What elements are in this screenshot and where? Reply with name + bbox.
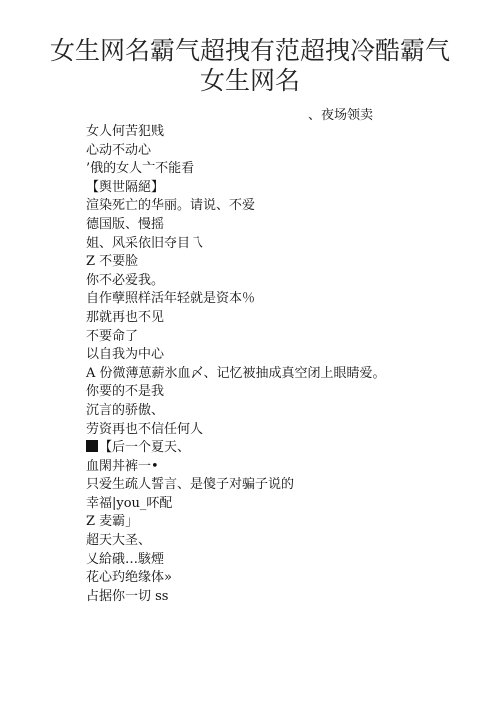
- list-item-text: 【后一个夏天、: [99, 440, 190, 455]
- list-item: 自作孽照样活年轻就是资本％: [86, 290, 386, 309]
- list-item: 那就再也不见: [86, 309, 386, 328]
- list-item: 幸福|you_吥配: [86, 495, 386, 514]
- list-item: 你要的不是我: [86, 383, 386, 402]
- list-item: ’俄的女人亠不能看: [86, 160, 386, 179]
- list-item: 乂給硪…駭煙: [86, 551, 386, 570]
- list-item: 沉言的骄傲、: [86, 402, 386, 421]
- list-item: 【后一个夏天、: [86, 439, 386, 458]
- list-item: 劳资再也不信任何人: [86, 421, 386, 440]
- list-item: 不要命了: [86, 328, 386, 347]
- list-item: 你不必爱我。: [86, 272, 386, 291]
- list-item: 占据你一切 ss: [86, 588, 386, 607]
- list-item: 德国版、慢摇: [86, 216, 386, 235]
- name-list: 女人何苦犯贱 心动不动心 ’俄的女人亠不能看 【舆世隔絕】 渲染死亡的华丽。请说…: [86, 123, 386, 606]
- author-line: 、夜场领卖: [308, 104, 373, 123]
- list-item: 女人何苦犯贱: [86, 123, 386, 142]
- list-item: 花心玓绝缘体»: [86, 569, 386, 588]
- list-item: 姐、风采依旧夺目乁: [86, 235, 386, 254]
- list-item: 【舆世隔絕】: [86, 179, 386, 198]
- list-item: 超天大圣、: [86, 532, 386, 551]
- document-title: 女生网名霸气超拽有范超拽冷酷霸气女生网名: [40, 36, 460, 96]
- list-item: 只爱生疏人誓言、是傻子对骗子说的: [86, 476, 386, 495]
- list-item: Z 麦霸」: [86, 513, 386, 532]
- list-item: 以自我为中心: [86, 346, 386, 365]
- list-item: 心动不动心: [86, 142, 386, 161]
- list-item: Z 不要脸: [86, 253, 386, 272]
- list-item: 血閑丼裤一•: [86, 458, 386, 477]
- list-item: 渲染死亡的华丽。请说、不爱: [86, 197, 386, 216]
- list-item: A 份微薄葸薪氷血〆、记忆被抽成真空闭上眼睛爱。: [86, 365, 386, 384]
- black-box-glyph-icon: [86, 440, 98, 452]
